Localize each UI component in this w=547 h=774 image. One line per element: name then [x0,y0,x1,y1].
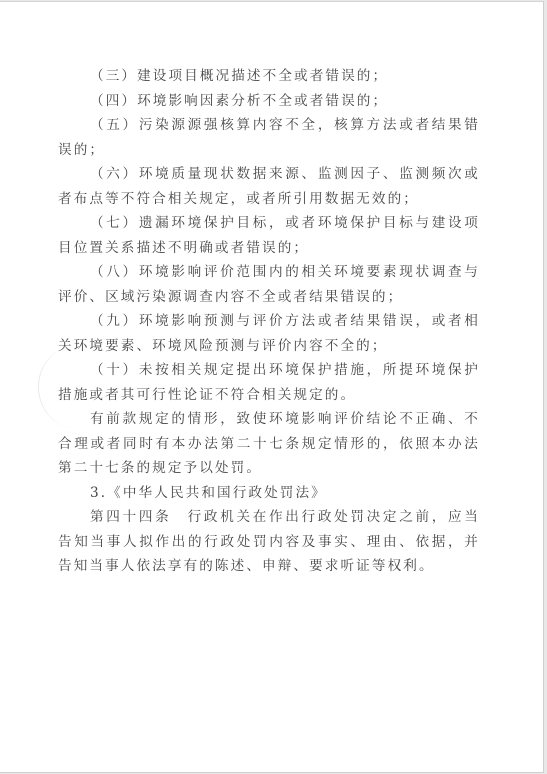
clause-9: （九）环境影响预测与评价方法或者结果错误，或者相关环境要素、环境风险预测与评价内… [58,309,480,358]
document-body: （三）建设项目概况描述不全或者错误的； （四）环境影响因素分析不全或者错误的； … [58,64,480,579]
clause-5: （五）污染源源强核算内容不全，核算方法或者结果错误的； [58,113,480,162]
article-44: 第四十四条 行政机关在作出行政处罚决定之前，应当告知当事人拟作出的行政处罚内容及… [58,505,480,579]
clause-3: （三）建设项目概况描述不全或者错误的； [58,64,480,89]
clause-7: （七）遗漏环境保护目标，或者环境保护目标与建设项目位置关系描述不明确或者错误的； [58,211,480,260]
document-page: （三）建设项目概况描述不全或者错误的； （四）环境影响因素分析不全或者错误的； … [0,1,544,773]
law-heading: 3.《中华人民共和国行政处罚法》 [58,481,480,506]
clause-4: （四）环境影响因素分析不全或者错误的； [58,89,480,114]
clause-6: （六）环境质量现状数据来源、监测因子、监测频次或者布点等不符合相关规定，或者所引… [58,162,480,211]
clause-8: （八）环境影响评价范围内的相关环境要素现状调查与评价、区域污染源调查内容不全或者… [58,260,480,309]
penalty-paragraph: 有前款规定的情形，致使环境影响评价结论不正确、不合理或者同时有本办法第二十七条规… [58,407,480,481]
clause-10: （十）未按相关规定提出环境保护措施，所提环境保护措施或者其可行性论证不符合相关规… [58,358,480,407]
